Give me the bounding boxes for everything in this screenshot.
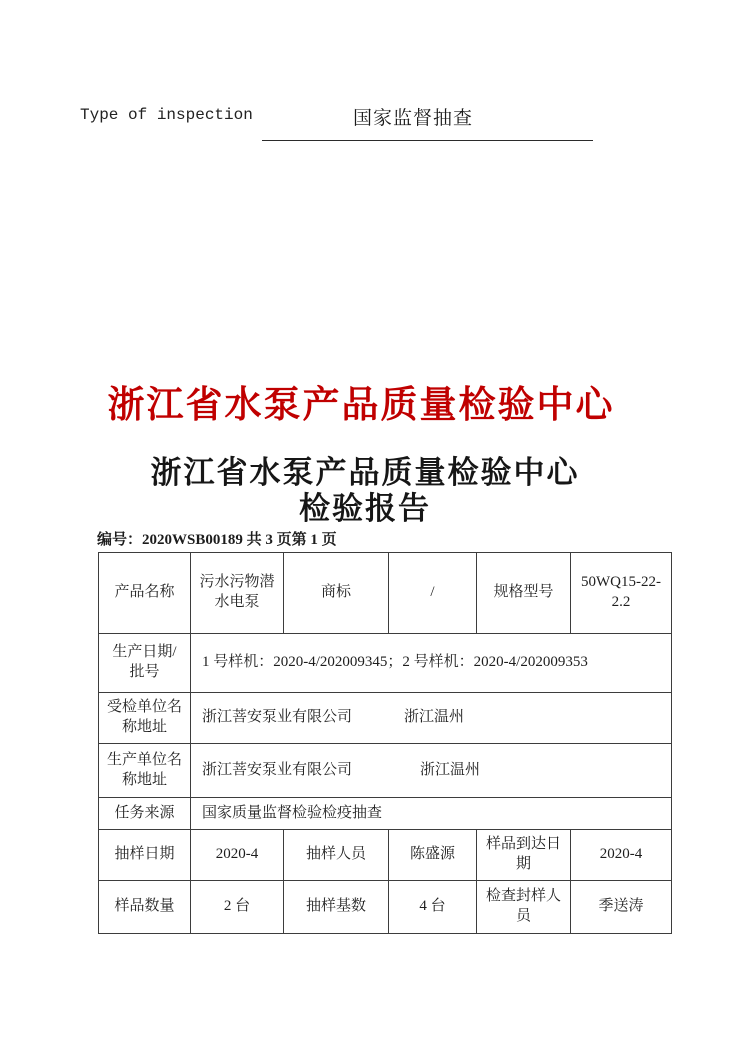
inspected-unit-city: 浙江温州 xyxy=(404,709,464,725)
producer-unit-label: 生产单位名称地址 xyxy=(99,744,191,798)
production-date-value: 1 号样机：2020-4/202009345；2 号样机：2020-4/2020… xyxy=(191,634,672,693)
table-row-sampling: 抽样日期 2020-4 抽样人员 陈盛源 样品到达日期 2020-4 xyxy=(99,830,672,881)
report-number-line: 编号：2020WSB00189 共 3 页第 1 页 xyxy=(97,528,337,549)
inspected-unit-company: 浙江菩安泵业有限公司 xyxy=(202,709,352,725)
sealer-label: 检查封样人员 xyxy=(477,881,571,934)
production-date-label: 生产日期/批号 xyxy=(99,634,191,693)
center-title-red: 浙江省水泵产品质量检验中心 xyxy=(0,374,736,428)
table-row-product: 产品名称 污水污物潜水电泵 商标 / 规格型号 50WQ15-22-2.2 xyxy=(99,553,672,634)
report-title-block: 浙江省水泵产品质量检验中心 检验报告 xyxy=(0,455,740,527)
center-title: 浙江省水泵产品质量检验中心 xyxy=(0,455,740,491)
table-row-producer-unit: 生产单位名称地址 浙江菩安泵业有限公司浙江温州 xyxy=(99,744,672,798)
product-name-value: 污水污物潜水电泵 xyxy=(191,553,284,634)
trademark-label: 商标 xyxy=(284,553,389,634)
producer-unit-city: 浙江温州 xyxy=(420,762,480,778)
table-row-production-date: 生产日期/批号 1 号样机：2020-4/202009345；2 号样机：202… xyxy=(99,634,672,693)
producer-unit-company: 浙江菩安泵业有限公司 xyxy=(202,762,352,778)
sampling-date-label: 抽样日期 xyxy=(99,830,191,881)
sampler-label: 抽样人员 xyxy=(284,830,389,881)
sampling-base-value: 4 台 xyxy=(389,881,477,934)
producer-unit-value: 浙江菩安泵业有限公司浙江温州 xyxy=(191,744,672,798)
task-source-value: 国家质量监督检验检疫抽查 xyxy=(191,798,672,830)
report-title: 检验报告 xyxy=(0,491,740,527)
product-name-label: 产品名称 xyxy=(99,553,191,634)
sample-qty-label: 样品数量 xyxy=(99,881,191,934)
inspection-type-label: Type of inspection xyxy=(80,106,253,124)
sampling-date-value: 2020-4 xyxy=(191,830,284,881)
report-info-table: 产品名称 污水污物潜水电泵 商标 / 规格型号 50WQ15-22-2.2 生产… xyxy=(98,552,672,934)
inspection-type-underline xyxy=(262,140,593,141)
model-label: 规格型号 xyxy=(477,553,571,634)
inspected-unit-value: 浙江菩安泵业有限公司浙江温州 xyxy=(191,693,672,744)
sample-qty-value: 2 台 xyxy=(191,881,284,934)
table-row-inspected-unit: 受检单位名称地址 浙江菩安泵业有限公司浙江温州 xyxy=(99,693,672,744)
report-page: Type of inspection 国家监督抽查 浙江省水泵产品质量检验中心 … xyxy=(0,0,750,1061)
table-row-task-source: 任务来源 国家质量监督检验检疫抽查 xyxy=(99,798,672,830)
task-source-label: 任务来源 xyxy=(99,798,191,830)
inspected-unit-label: 受检单位名称地址 xyxy=(99,693,191,744)
inspection-type-value: 国家监督抽查 xyxy=(353,103,473,130)
arrival-date-value: 2020-4 xyxy=(571,830,672,881)
sampler-value: 陈盛源 xyxy=(389,830,477,881)
sampling-base-label: 抽样基数 xyxy=(284,881,389,934)
model-value: 50WQ15-22-2.2 xyxy=(571,553,672,634)
table-row-quantity: 样品数量 2 台 抽样基数 4 台 检查封样人员 季送涛 xyxy=(99,881,672,934)
sealer-value: 季送涛 xyxy=(571,881,672,934)
arrival-date-label: 样品到达日期 xyxy=(477,830,571,881)
trademark-value: / xyxy=(389,553,477,634)
